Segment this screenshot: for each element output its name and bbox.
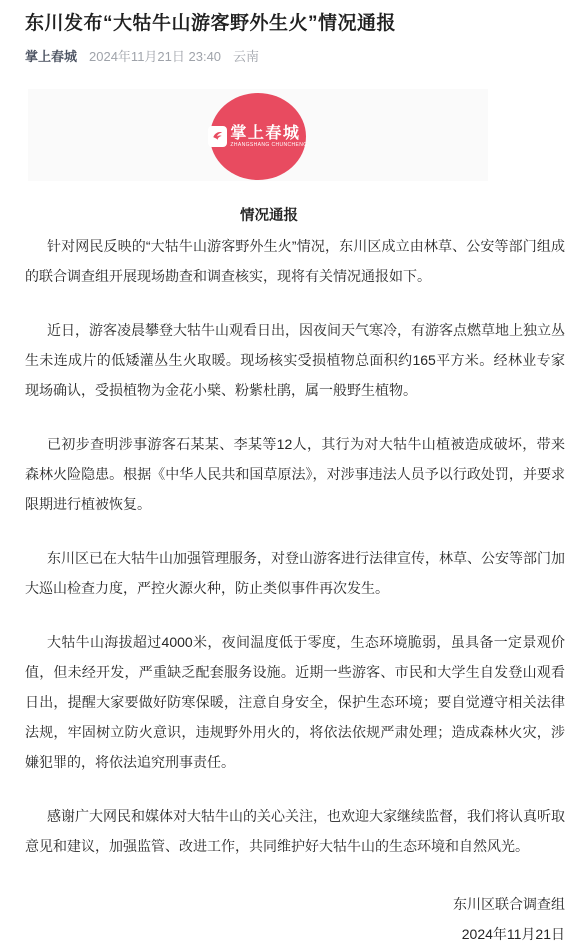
byline-location: 云南	[233, 46, 259, 65]
notice-paragraph: 已初步查明涉事游客石某某、李某等12人，其行为对大牯牛山植被造成破坏，带来森林火…	[25, 429, 565, 519]
notice-paragraph: 近日，游客凌晨攀登大牯牛山观看日出，因夜间天气寒冷，有游客点燃草地上独立丛生未连…	[25, 315, 565, 405]
notice-sign-date: 2024年11月21日	[25, 919, 565, 949]
notice-paragraph: 感谢广大网民和媒体对大牯牛山的关心关注，也欢迎大家继续监督，我们将认真听取意见和…	[25, 801, 565, 861]
article-title: 东川发布“大牯牛山游客野外生火”情况通报	[25, 11, 565, 37]
logo-subtext: ZHANGSHANG CHUNCHENG	[230, 142, 307, 148]
logo-row: 掌上春城 ZHANGSHANG CHUNCHENG	[208, 125, 307, 148]
phoenix-badge-icon	[208, 126, 227, 147]
notice-paragraph: 东川区已在大牯牛山加强管理服务，对登山游客进行法律宣传，林草、公安等部门加大巡山…	[25, 543, 565, 603]
notice-body: 情况通报 针对网民反映的“大牯牛山游客野外生火”情况，东川区成立由林草、公安等部…	[25, 201, 565, 949]
zhangshang-chuncheng-logo: 掌上春城 ZHANGSHANG CHUNCHENG	[210, 93, 306, 180]
logo-name: 掌上春城	[230, 125, 307, 142]
byline-source[interactable]: 掌上春城	[25, 46, 77, 65]
byline: 掌上春城 2024年11月21日 23:40 云南	[25, 46, 565, 65]
notice-paragraph: 大牯牛山海拔超过4000米，夜间温度低于零度，生态环境脆弱，虽具备一定景观价值，…	[25, 627, 565, 777]
byline-datetime: 2024年11月21日 23:40	[89, 46, 221, 65]
notice-signature: 东川区联合调查组	[25, 889, 565, 919]
notice-paragraph: 针对网民反映的“大牯牛山游客野外生火”情况，东川区成立由林草、公安等部门组成的联…	[25, 231, 565, 291]
article-page: 东川发布“大牯牛山游客野外生火”情况通报 掌上春城 2024年11月21日 23…	[0, 0, 587, 952]
logo-text-block: 掌上春城 ZHANGSHANG CHUNCHENG	[230, 125, 307, 148]
notice-heading: 情况通报	[25, 201, 565, 231]
article-figure: 掌上春城 ZHANGSHANG CHUNCHENG	[28, 89, 488, 181]
